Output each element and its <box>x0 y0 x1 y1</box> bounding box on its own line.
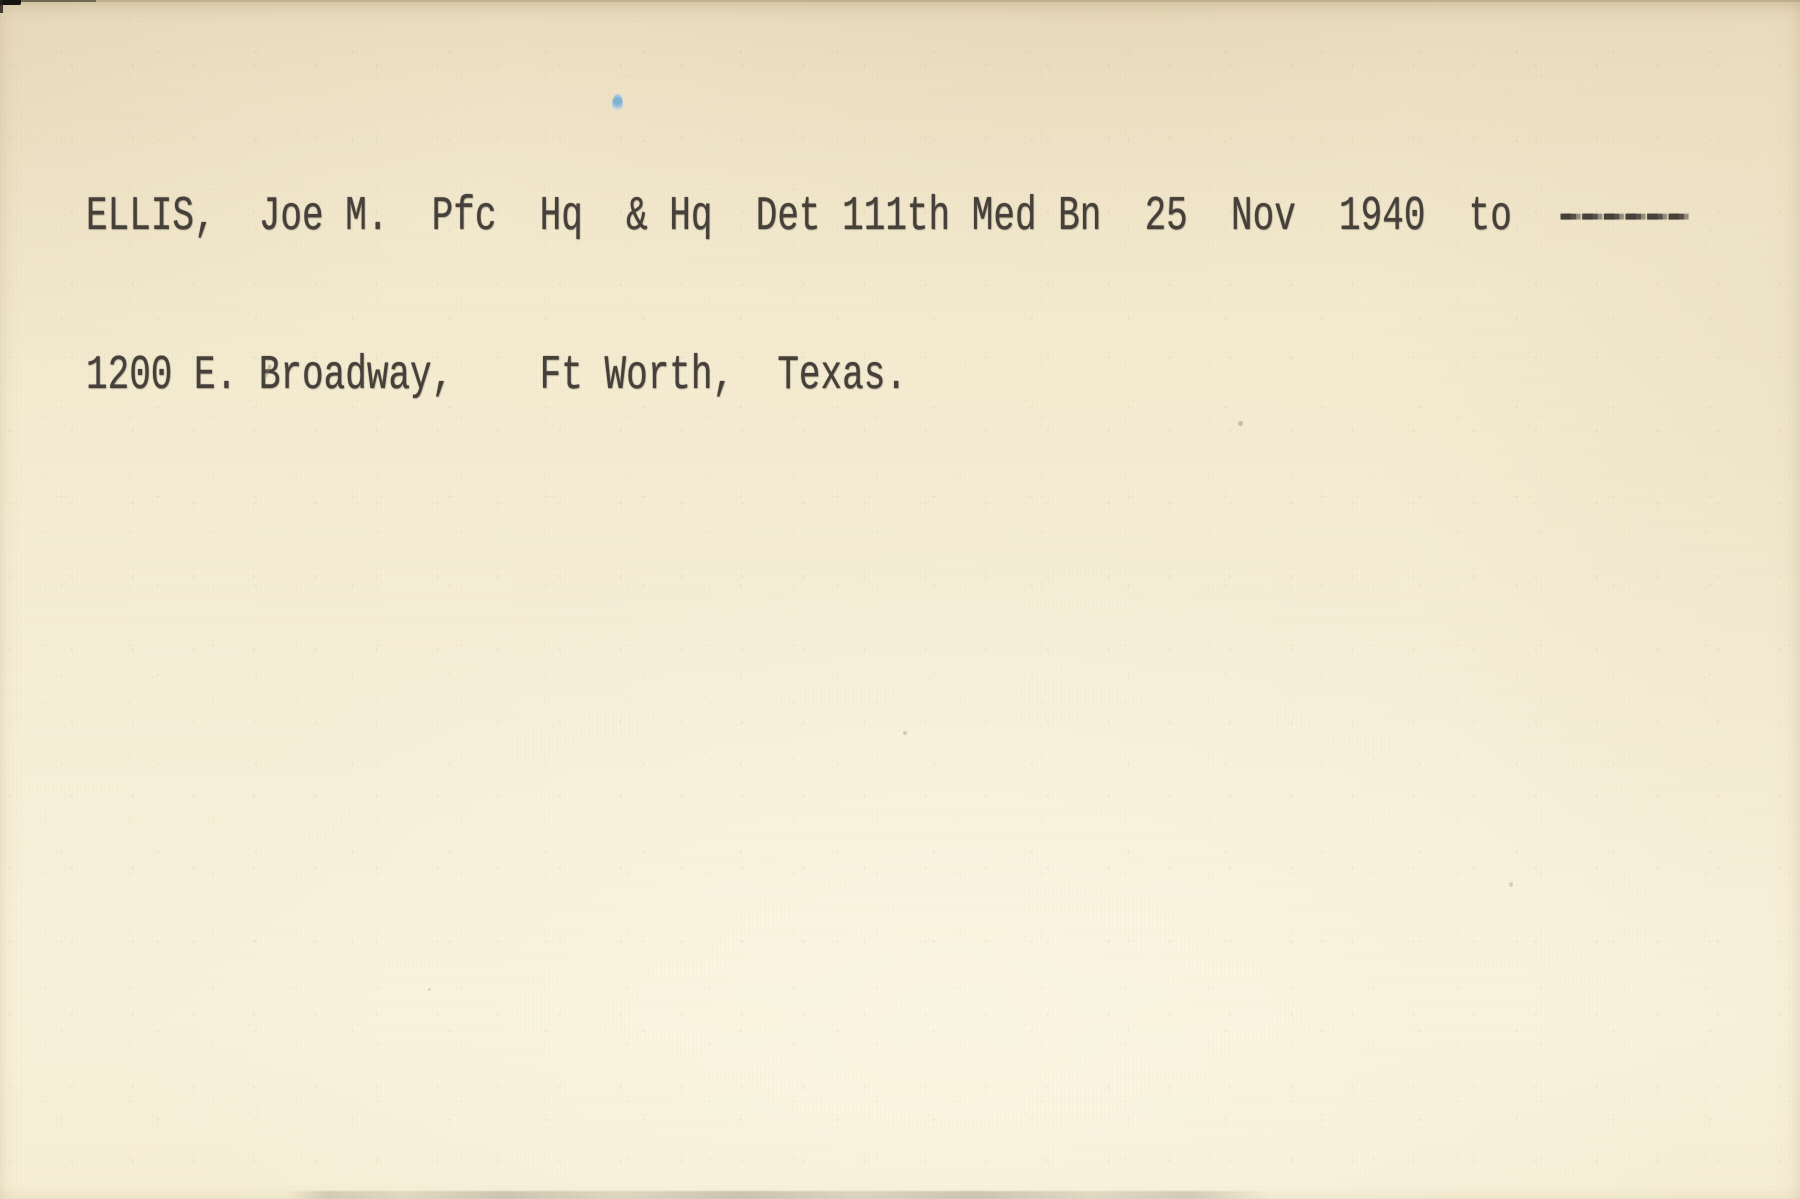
typed-line-1: ELLIS, Joe M. Pfc Hq & Hq Det 111th Med … <box>86 191 1685 244</box>
redaction-dashes: ------ <box>1555 190 1685 244</box>
scan-artifact-left-edge <box>0 0 3 13</box>
scan-artifact-top-edge <box>0 0 96 2</box>
typewritten-text-block: ELLIS, Joe M. Pfc Hq & Hq Det 111th Med … <box>86 85 1685 509</box>
paper-speck <box>903 731 907 735</box>
paper-speck <box>428 988 431 991</box>
paper-speck <box>1509 882 1513 887</box>
scan-artifact-top-left <box>0 0 21 5</box>
typed-line-2: 1200 E. Broadway, Ft Worth, Texas. <box>86 350 1685 403</box>
scanned-index-card: ELLIS, Joe M. Pfc Hq & Hq Det 111th Med … <box>0 0 1800 1199</box>
scan-artifact-bottom-edge <box>288 1191 1268 1199</box>
record-entry-text: ELLIS, Joe M. Pfc Hq & Hq Det 111th Med … <box>86 190 1555 244</box>
top-edge-shade <box>0 0 1800 2</box>
